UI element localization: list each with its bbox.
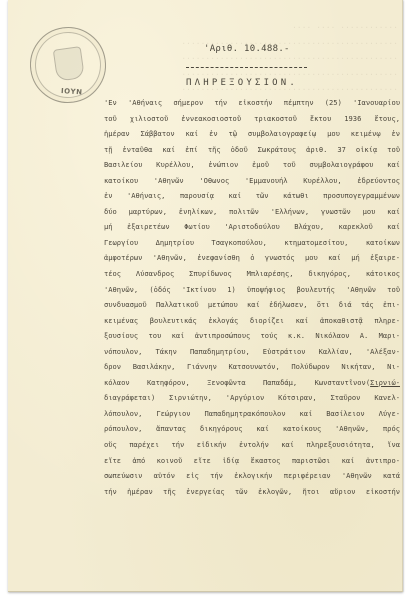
document-body: 'Εν 'Αθήναις σήμερον τήν εἰκοστήν πέμπτη…: [104, 95, 400, 499]
official-seal-stamp: ΙΟΥΝ: [25, 22, 111, 108]
body-line: κόλαον Κατηφόρον, Ξενοφῶντα Παπαδάμ, Κων…: [104, 375, 400, 391]
document-page: ............ .... .... .................…: [8, 0, 403, 592]
body-line: τοῦ χιλιοστοῦ ἐννεακοσιοστοῦ τριακοστοῦ …: [104, 111, 400, 127]
body-line: Γεωργίου Δημητρίου Τσαγκοπούλου, κτηματο…: [104, 235, 400, 251]
body-line: ἡμέραν Σάββατον καί ἐν τῷ συμβολαιογραφε…: [104, 126, 400, 142]
body-line: ἀμφοτέρων 'Αθηνῶν, ἐνεφανίσθη ὁ γνωστός …: [104, 250, 400, 266]
body-line: 'Αθηνῶν, (ὁδός 'Ικτίνου 1) ὑποψήφιος βου…: [104, 282, 400, 298]
body-line: ρόπουλον, ἅπαντας δικηγόρους καί κατοίκο…: [104, 421, 400, 437]
seal-emblem-icon: [53, 46, 85, 82]
body-line: κειμένας βουλευτικάς ἐκλογάς διορίζει κα…: [104, 313, 400, 329]
body-line: Βασιλείου Κυρέλλου, ἐνώπιον ἐμοῦ τοῦ συμ…: [104, 157, 400, 173]
body-line: εἴτε ἀπό κοινοῦ εἴτε ἰδίᾳ ἕκαστος παριστ…: [104, 453, 400, 469]
body-line: δρον Βασιλάκην, Γιάννην Κατσουνωτόν, Πολ…: [104, 359, 400, 375]
body-line: οὕς παρέχει τήν εἰδικήν ἐντολήν καί πληρ…: [104, 437, 400, 453]
body-line: μή ἐξαιρετέων Φωτίου 'Αριστοδούλου Βλάχο…: [104, 219, 400, 235]
body-line: τέος Λύσανδρος Σπυρίδωνος Μπλιαρέσης, δι…: [104, 266, 400, 282]
body-line: λόπουλον, Γεώργιον Παπαδημητρακόπουλον κ…: [104, 406, 400, 422]
body-line: συνδυασμοῦ Παλλατικοῦ μετώπου καί ἐδήλωσ…: [104, 297, 400, 313]
underlined-deletion-mark: Σιρνιώ-: [370, 378, 400, 387]
reference-number: 'Αριθ. 10.488.-: [204, 44, 290, 54]
body-line: κατοίκου 'Αθηνῶν 'Οθωνος 'Εμμανουήλ Κυρέ…: [104, 173, 400, 189]
body-line: τῇ ἐνταῦθα καί ἐπί τῆς ὁδοῦ Σωκράτους ἀρ…: [104, 142, 400, 158]
body-line: δύο μαρτύρων, ἐνηλίκων, πολιτῶν 'Ελλήνων…: [104, 204, 400, 220]
seal-text: ΙΟΥΝ: [35, 85, 109, 98]
body-line: νόπουλον, Τάκην Παπαδημητρίου, Εὐστράτιο…: [104, 344, 400, 360]
body-line: ξουσίους του καί ἀντιπροσώπους τούς κ.κ.…: [104, 328, 400, 344]
body-line: ἐν 'Αθήναις, παρουσίᾳ καί τῶν κάτωθι προ…: [104, 188, 400, 204]
body-line: τήν ἡμέραν τῆς ἐνεργείας τῶν ἐκλογῶν, ἤτ…: [104, 484, 400, 500]
body-line: 'Εν 'Αθήναις σήμερον τήν εἰκοστήν πέμπτη…: [104, 95, 400, 111]
body-line: σωπεύωσιν αὐτόν εἰς τήν ἐκλογικήν περιφέ…: [104, 468, 400, 484]
scan-background: ............ .... .... .................…: [0, 0, 409, 600]
document-title: ΠΛΗΡΕΞΟΥΣΙΟΝ.: [186, 78, 298, 88]
body-line: διαγράφεται) Σιρνιώτην, 'Αργύριον Κότσιρ…: [104, 390, 400, 406]
reference-underline-divider: [186, 67, 307, 68]
